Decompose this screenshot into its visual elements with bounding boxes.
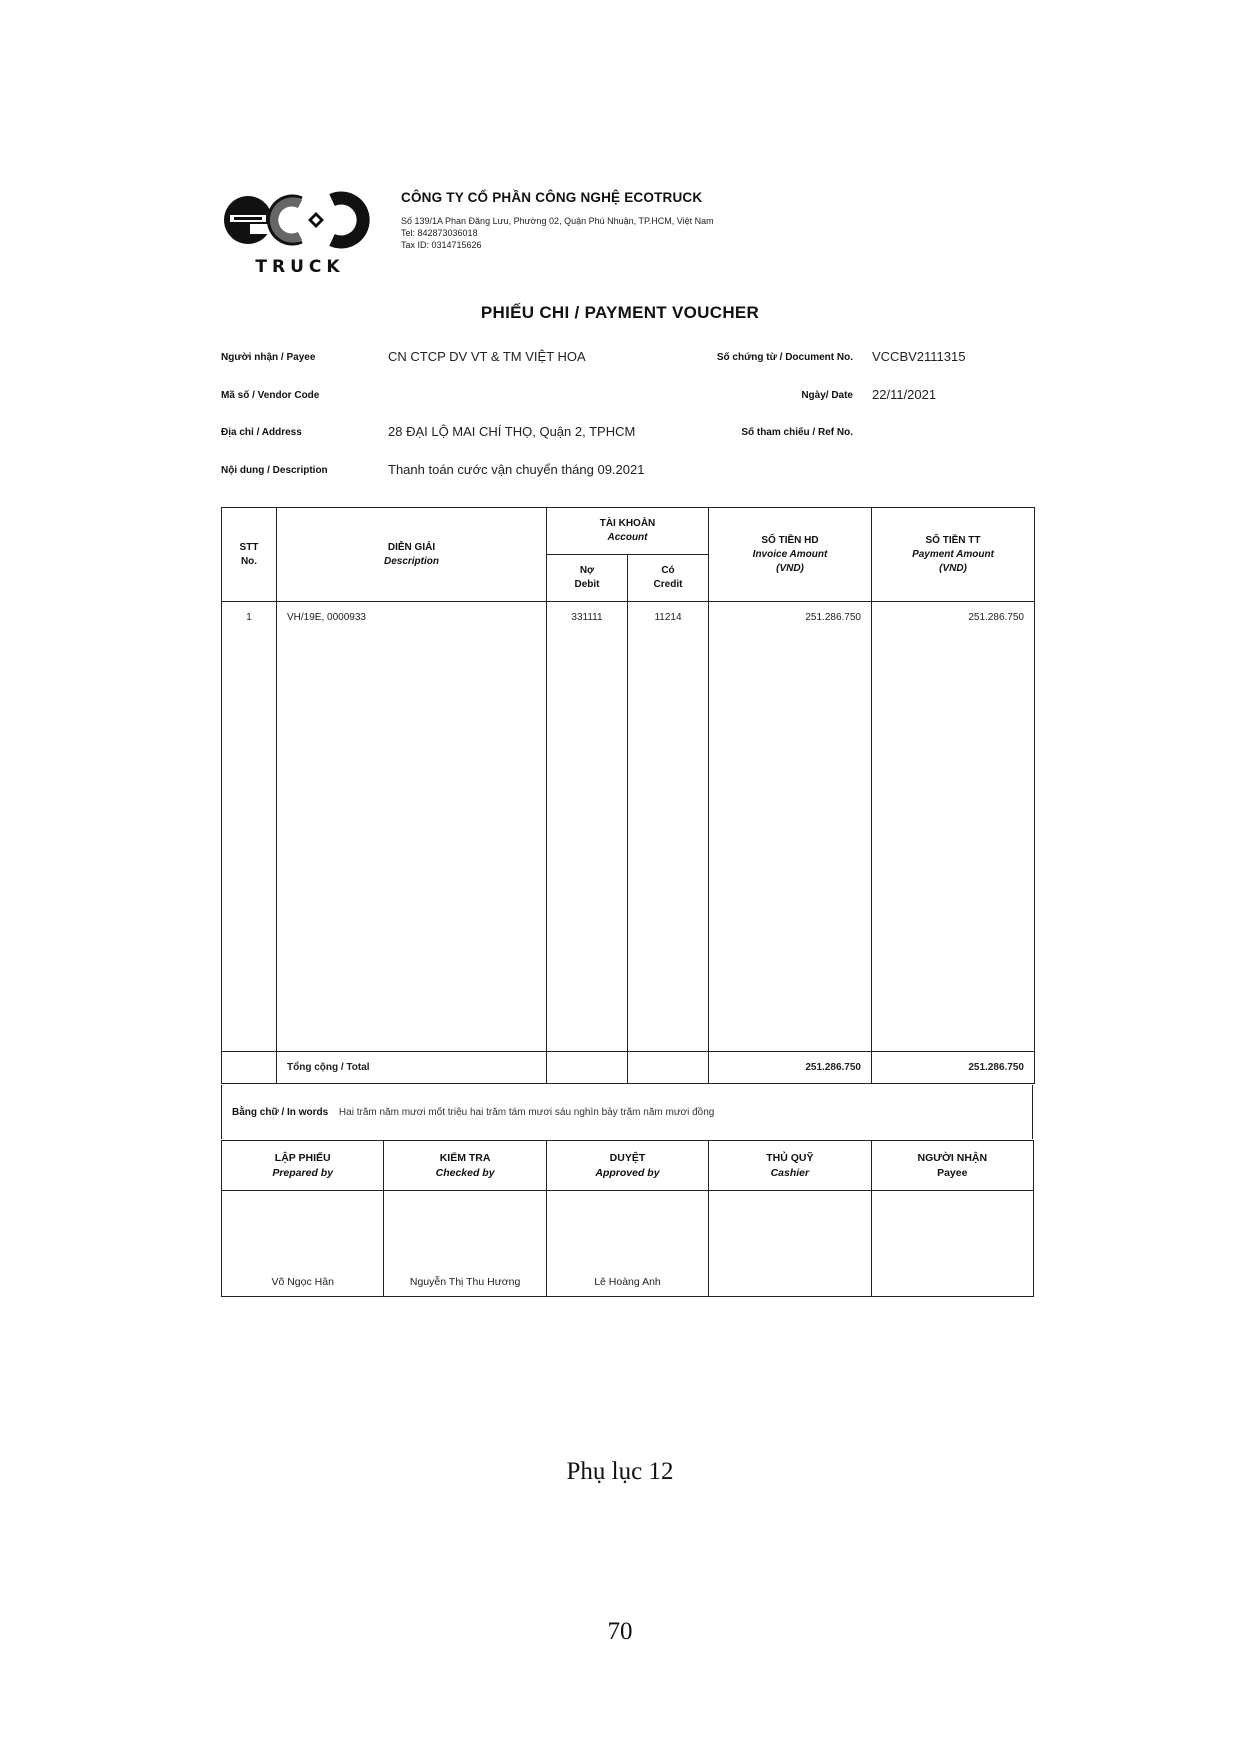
row-description: VH/19E, 0000933 — [277, 602, 547, 1052]
signature-table: LẬP PHIẾUPrepared by KIỂM TRAChecked by … — [221, 1140, 1034, 1297]
ref-no-label: Số tham chiếu / Ref No. — [741, 427, 853, 438]
appendix-caption: Phụ lục 12 — [0, 1458, 1240, 1486]
signature-checked-name: Nguyễn Thị Thu Hương — [384, 1191, 546, 1297]
address-value: 28 ĐẠI LỘ MAI CHÍ THỌ, Quận 2, TPHCM — [388, 424, 635, 439]
page-number: 70 — [0, 1618, 1240, 1646]
total-invoice: 251.286.750 — [709, 1052, 872, 1084]
row-no: 1 — [222, 602, 277, 1052]
signature-approved-header: DUYỆTApproved by — [546, 1141, 708, 1191]
signature-approved-name: Lê Hoàng Anh — [546, 1191, 708, 1297]
signature-prepared-header: LẬP PHIẾUPrepared by — [222, 1141, 384, 1191]
payee-label: Người nhận / Payee — [221, 352, 315, 363]
row-debit: 331111 — [547, 602, 628, 1052]
total-row: Tổng cộng / Total 251.286.750 251.286.75… — [222, 1052, 1035, 1084]
address-label: Địa chỉ / Address — [221, 427, 302, 438]
table-header-row: STTNo. DIỄN GIẢIDescription TÀI KHOẢNAcc… — [222, 508, 1035, 555]
description-label: Nội dung / Description — [221, 465, 328, 476]
in-words-label: Bằng chữ / In words — [232, 1107, 328, 1118]
company-tax-id: Tax ID: 0314715626 — [401, 240, 482, 250]
signature-cashier-header: THỦ QUỸCashier — [709, 1141, 871, 1191]
company-tel: Tel: 842873036018 — [401, 228, 478, 238]
header-payment-amount: SỐ TIỀN TTPayment Amount(VND) — [872, 508, 1035, 602]
signature-payee-name — [871, 1191, 1033, 1297]
page-title: PHIẾU CHI / PAYMENT VOUCHER — [0, 303, 1240, 323]
document-no-value: VCCBV2111315 — [872, 349, 965, 364]
header-description: DIỄN GIẢIDescription — [277, 508, 547, 602]
logo-icon: TRUCK — [220, 190, 380, 280]
row-payment-amount: 251.286.750 — [872, 602, 1035, 1052]
header-no: STTNo. — [222, 508, 277, 602]
header-invoice-amount: SỐ TIỀN HDInvoice Amount(VND) — [709, 508, 872, 602]
table-row: 1 VH/19E, 0000933 331111 11214 251.286.7… — [222, 602, 1035, 1052]
header-debit: NợDebit — [547, 555, 628, 602]
voucher-table: STTNo. DIỄN GIẢIDescription TÀI KHOẢNAcc… — [221, 507, 1035, 1084]
svg-text:TRUCK: TRUCK — [255, 257, 344, 277]
header-account: TÀI KHOẢNAccount — [547, 508, 709, 555]
in-words-value: Hai trăm năm mươi mốt triệu hai trăm tám… — [339, 1107, 714, 1118]
row-credit: 11214 — [628, 602, 709, 1052]
date-label: Ngày/ Date — [801, 390, 853, 401]
date-value: 22/11/2021 — [872, 387, 936, 402]
signature-checked-header: KIỂM TRAChecked by — [384, 1141, 546, 1191]
payee-value: CN CTCP DV VT & TM VIỆT HOA — [388, 349, 586, 364]
total-payment: 251.286.750 — [872, 1052, 1035, 1084]
signature-name-row: Võ Ngọc Hân Nguyễn Thị Thu Hương Lê Hoàn… — [222, 1191, 1034, 1297]
total-label: Tổng cộng / Total — [277, 1052, 547, 1084]
signature-header-row: LẬP PHIẾUPrepared by KIỂM TRAChecked by … — [222, 1141, 1034, 1191]
signature-payee-header: NGƯỜI NHẬNPayee — [871, 1141, 1033, 1191]
in-words-box: Bằng chữ / In words Hai trăm năm mươi mố… — [221, 1085, 1033, 1139]
company-address: Số 139/1A Phan Đăng Lưu, Phường 02, Quận… — [401, 216, 714, 226]
header-credit: CóCredit — [628, 555, 709, 602]
signature-prepared-name: Võ Ngọc Hân — [222, 1191, 384, 1297]
ecotruck-logo: TRUCK — [220, 190, 380, 280]
description-value: Thanh toán cước vận chuyển tháng 09.2021 — [388, 462, 644, 477]
row-invoice-amount: 251.286.750 — [709, 602, 872, 1052]
company-name: CÔNG TY CỔ PHẦN CÔNG NGHỆ ECOTRUCK — [401, 190, 702, 205]
document-no-label: Số chứng từ / Document No. — [717, 352, 853, 363]
signature-cashier-name — [709, 1191, 871, 1297]
vendor-code-label: Mã số / Vendor Code — [221, 390, 319, 401]
